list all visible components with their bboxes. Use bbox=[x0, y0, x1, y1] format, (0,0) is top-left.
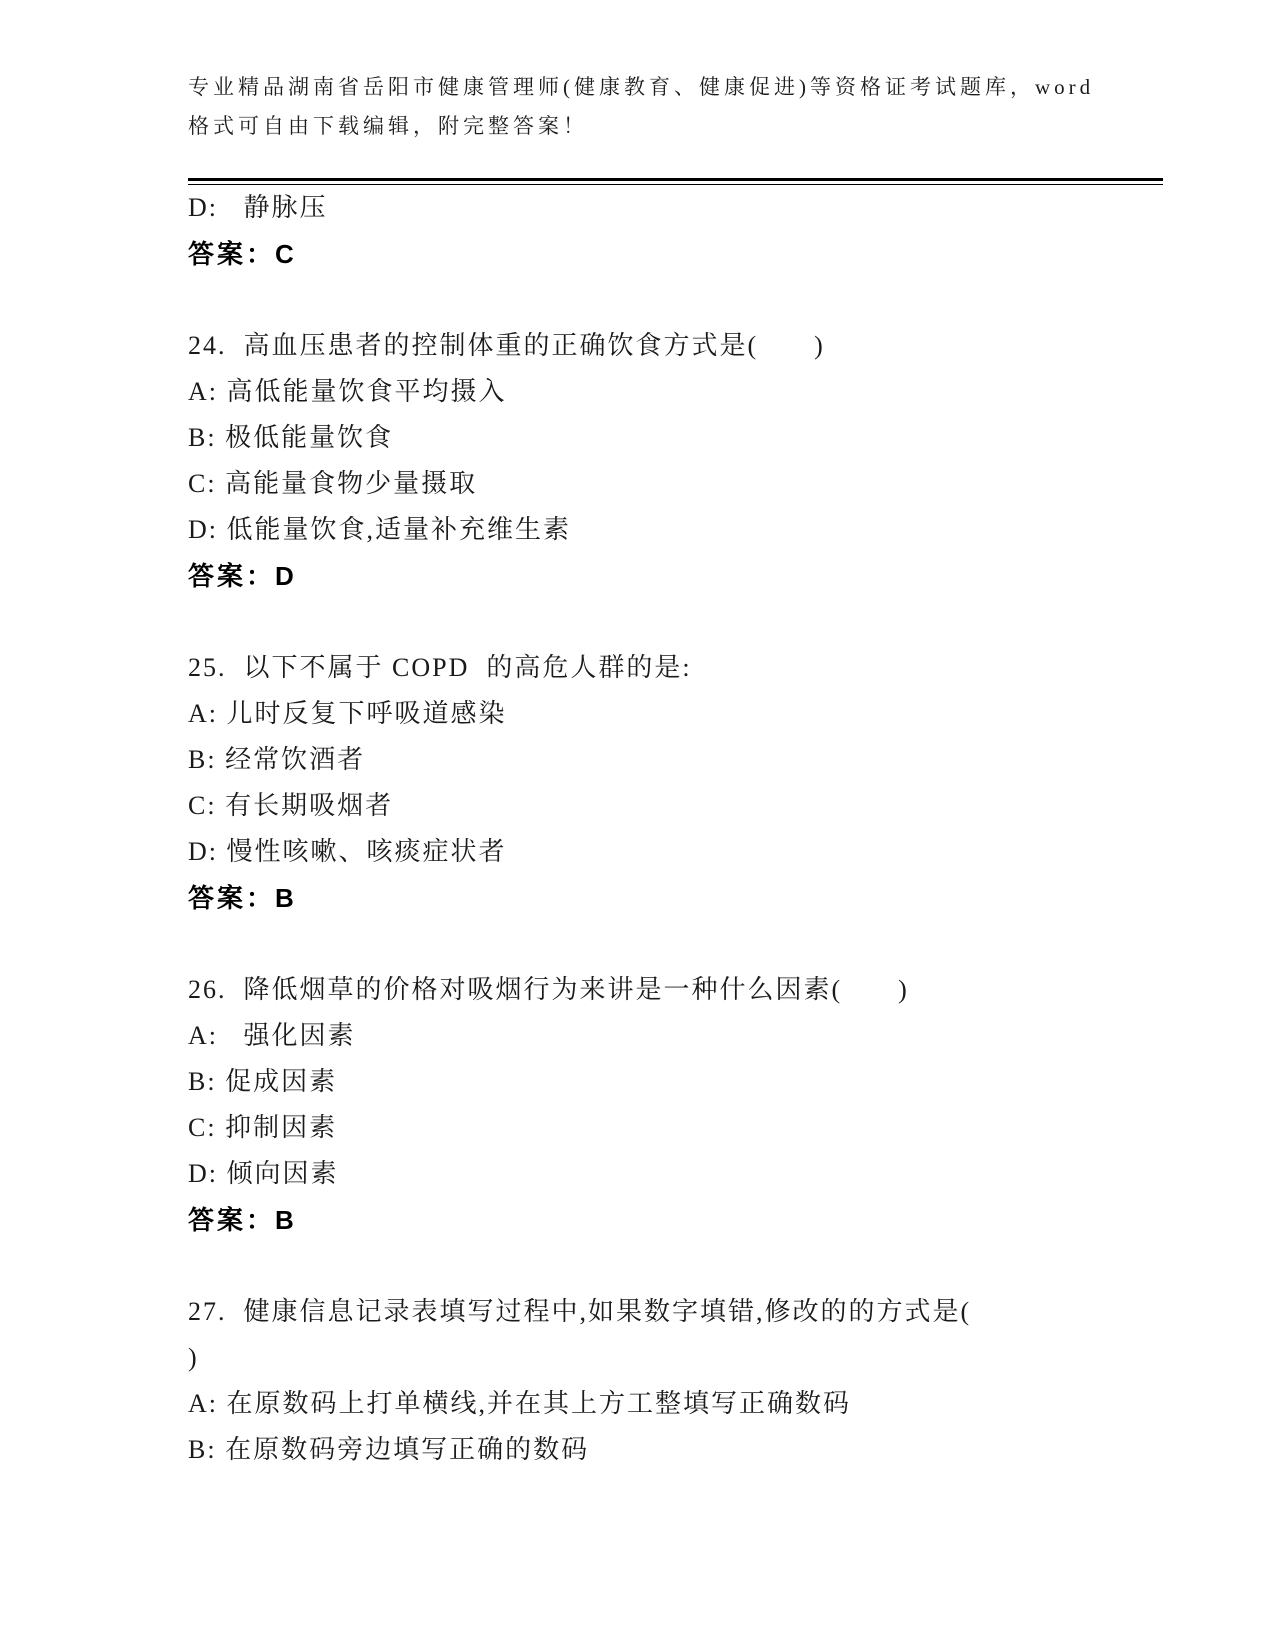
answer-line: 答案：D bbox=[188, 553, 1175, 599]
option-line-b: B: 促成因素 bbox=[188, 1059, 1175, 1105]
option-line-c: C: 高能量食物少量摄取 bbox=[188, 461, 1175, 507]
option-line-a: A: 高低能量饮食平均摄入 bbox=[188, 369, 1175, 415]
answer-line: 答案：C bbox=[188, 231, 1175, 277]
option-line-a: A: 强化因素 bbox=[188, 1013, 1175, 1059]
question-block-26: 26. 降低烟草的价格对吸烟行为来讲是一种什么因素( ) A: 强化因素 B: … bbox=[188, 967, 1175, 1243]
question-block-25: 25. 以下不属于 COPD 的高危人群的是: A: 儿时反复下呼吸道感染 B:… bbox=[188, 645, 1175, 921]
page-header: 专业精品湖南省岳阳市健康管理师(健康教育、健康促进)等资格证考试题库，word … bbox=[0, 0, 1275, 146]
answer-line: 答案：B bbox=[188, 1197, 1175, 1243]
option-line-b: B: 在原数码旁边填写正确的数码 bbox=[188, 1427, 1175, 1473]
option-line-d: D: 倾向因素 bbox=[188, 1151, 1175, 1197]
option-line-c: C: 有长期吸烟者 bbox=[188, 783, 1175, 829]
header-divider-double-line bbox=[188, 178, 1163, 185]
question-block-27: 27. 健康信息记录表填写过程中,如果数字填错,修改的的方式是( ) A: 在原… bbox=[188, 1289, 1175, 1473]
option-line-d: D: 慢性咳嗽、咳痰症状者 bbox=[188, 829, 1175, 875]
option-line-d: D: 低能量饮食,适量补充维生素 bbox=[188, 507, 1175, 553]
question-block-23-tail: D: 静脉压 答案：C bbox=[188, 185, 1175, 277]
header-line-1: 专业精品湖南省岳阳市健康管理师(健康教育、健康促进)等资格证考试题库，word bbox=[188, 68, 1163, 107]
answer-line: 答案：B bbox=[188, 875, 1175, 921]
option-line-b: B: 经常饮酒者 bbox=[188, 737, 1175, 783]
header-line-2: 格式可自由下载编辑，附完整答案！ bbox=[188, 107, 1163, 146]
option-line-c: C: 抑制因素 bbox=[188, 1105, 1175, 1151]
question-stem: 25. 以下不属于 COPD 的高危人群的是: bbox=[188, 645, 1175, 691]
option-line-d: D: 静脉压 bbox=[188, 185, 1175, 231]
question-stem: 26. 降低烟草的价格对吸烟行为来讲是一种什么因素( ) bbox=[188, 967, 1175, 1013]
document-page: 专业精品湖南省岳阳市健康管理师(健康教育、健康促进)等资格证考试题库，word … bbox=[0, 0, 1275, 1650]
question-list: D: 静脉压 答案：C 24. 高血压患者的控制体重的正确饮食方式是( ) A:… bbox=[188, 185, 1175, 1473]
option-line-a: A: 儿时反复下呼吸道感染 bbox=[188, 691, 1175, 737]
option-line-a: A: 在原数码上打单横线,并在其上方工整填写正确数码 bbox=[188, 1381, 1175, 1427]
question-stem: 24. 高血压患者的控制体重的正确饮食方式是( ) bbox=[188, 323, 1175, 369]
question-stem: 27. 健康信息记录表填写过程中,如果数字填错,修改的的方式是( bbox=[188, 1289, 1175, 1335]
question-block-24: 24. 高血压患者的控制体重的正确饮食方式是( ) A: 高低能量饮食平均摄入 … bbox=[188, 323, 1175, 599]
option-line-b: B: 极低能量饮食 bbox=[188, 415, 1175, 461]
question-stem-continuation: ) bbox=[188, 1335, 1175, 1381]
